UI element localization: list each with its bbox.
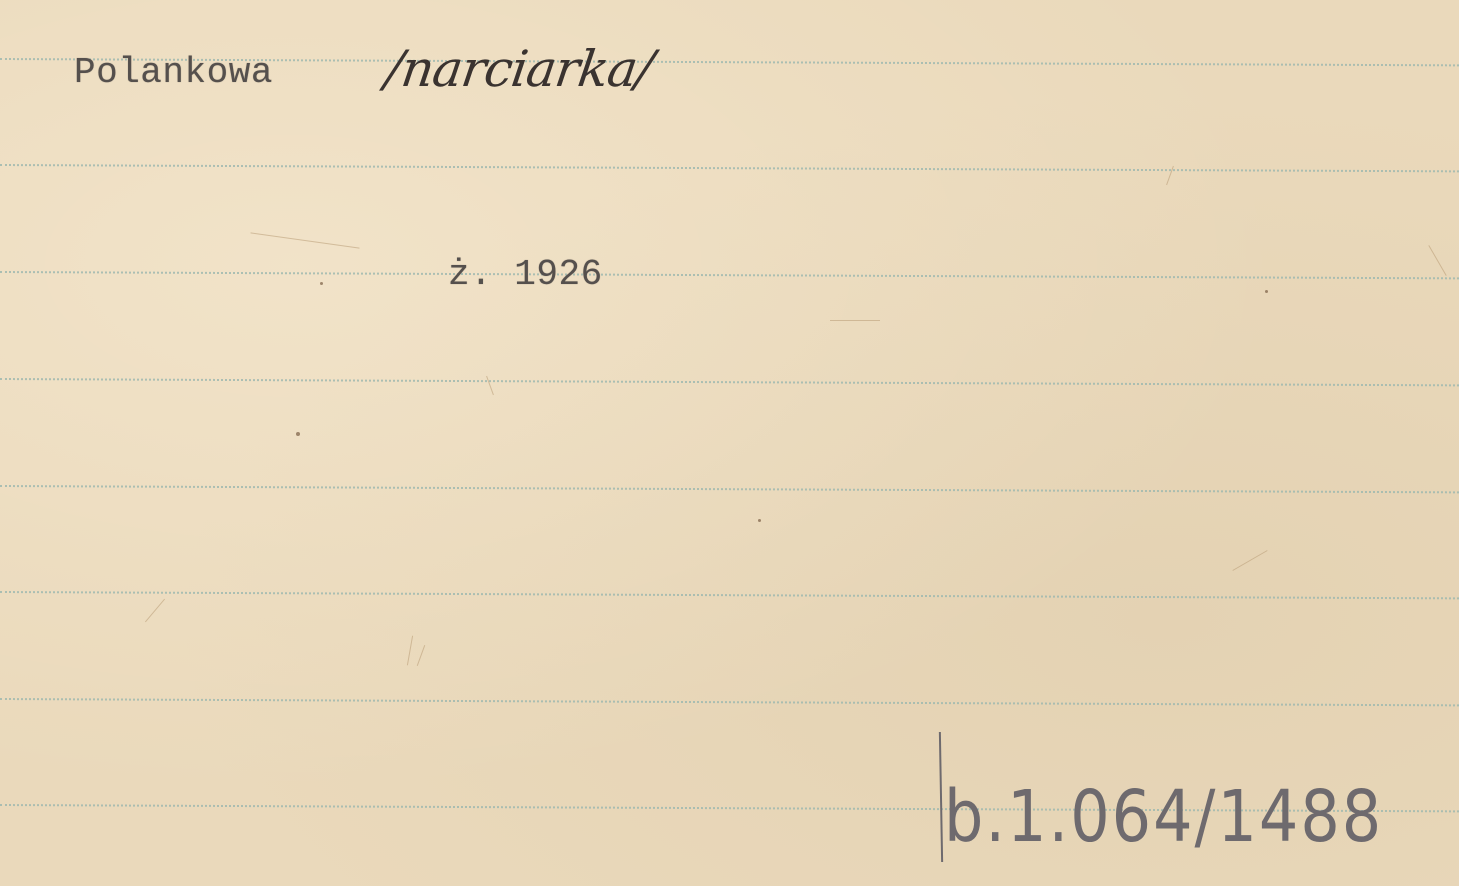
paper-fiber xyxy=(1232,550,1267,571)
ruled-line xyxy=(0,591,1459,599)
archive-signature-pencil: b.1.064/1488 xyxy=(944,775,1383,859)
ruled-line xyxy=(0,271,1459,279)
paper-fiber xyxy=(407,636,413,666)
index-card: Polankowa /narciarka/ ż. 1926 b.1.064/14… xyxy=(0,0,1459,886)
pencil-tall-stroke xyxy=(939,732,943,862)
surname-typed: Polankowa xyxy=(74,52,273,93)
paper-fiber xyxy=(417,645,425,666)
paper-speck xyxy=(296,432,300,436)
ruled-line xyxy=(0,164,1459,172)
paper-speck xyxy=(1265,290,1268,293)
ruled-line xyxy=(0,698,1459,706)
paper-fiber xyxy=(250,232,359,248)
birth-year-typed: ż. 1926 xyxy=(448,254,603,295)
paper-fiber xyxy=(830,320,880,321)
paper-fiber xyxy=(486,376,494,395)
paper-fiber xyxy=(1428,245,1446,276)
paper-speck xyxy=(758,519,761,522)
paper-speck xyxy=(320,282,323,285)
ruled-line xyxy=(0,378,1459,386)
occupation-handwritten: /narciarka/ xyxy=(382,40,657,98)
paper-fiber xyxy=(145,599,165,623)
ruled-line xyxy=(0,485,1459,493)
